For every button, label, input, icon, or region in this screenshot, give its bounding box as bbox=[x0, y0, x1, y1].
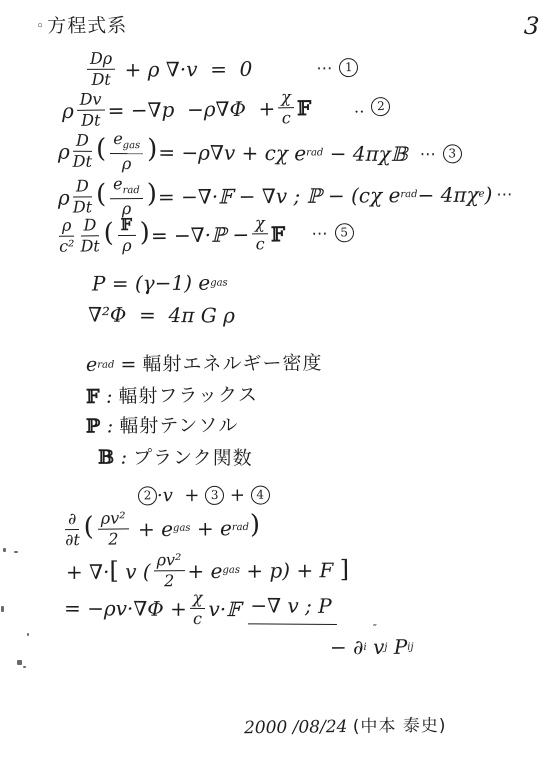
poisson-equation: ∇²Φ = 4π G ρ bbox=[88, 303, 235, 326]
partial-dt-fraction: ∂ ∂t bbox=[65, 511, 80, 548]
open-paren: ( bbox=[103, 219, 114, 248]
equation-4: ρ D Dt ( erad ρ ) = −∇·𝔽 − ∇v ; ℙ − (cχ … bbox=[58, 173, 515, 217]
eq3-body: = −ρ∇v + cχ e bbox=[158, 141, 306, 164]
eq1-number-badge: 1 bbox=[339, 58, 358, 77]
date-text: 2000 /08/24 bbox=[244, 718, 353, 738]
author-name: (中本 泰史) bbox=[353, 717, 447, 737]
equation-of-state: P = (γ−1) egas bbox=[92, 272, 228, 295]
date-signature: 2000 /08/24 (中本 泰史) bbox=[244, 717, 447, 738]
page-number: 3 bbox=[523, 12, 540, 41]
eq4-dots: ⋯ bbox=[496, 185, 514, 203]
material-derivative-fraction: Dρ Dt bbox=[87, 51, 115, 88]
derivation-line-1: ∂ ∂t ( ρv² 2 + egas + erad ) bbox=[62, 509, 262, 548]
eos-sub-gas: gas bbox=[210, 277, 228, 288]
derivation-line-4: − ∂i vj Pij bbox=[330, 636, 414, 659]
ref-eq3-badge: 3 bbox=[205, 486, 224, 505]
eq1-body: + ρ ∇·v = 0 bbox=[118, 57, 252, 80]
ref-eq2-badge: 2 bbox=[138, 487, 157, 506]
open-paren: ( bbox=[96, 135, 106, 164]
eq2-number-badge: 2 bbox=[371, 97, 390, 116]
flux-symbol: 𝔽 bbox=[271, 223, 286, 245]
title-bullet-icon: ◦ bbox=[36, 19, 44, 34]
close-paren: ) bbox=[147, 135, 157, 164]
definition-flux: 𝔽 : 輻射フラックス bbox=[86, 385, 258, 408]
kinetic-energy-fraction: ρv² 2 bbox=[154, 552, 185, 589]
scan-artifact bbox=[3, 548, 6, 552]
equation-1: Dρ Dt + ρ ∇·v = 0 ⋯ 1 bbox=[84, 49, 359, 88]
derivation-line-3: = −ρv·∇Φ + χ c v·𝔽 −∇ v ; P bbox=[64, 589, 337, 628]
definition-planck-text: プランク関数 bbox=[133, 448, 253, 470]
definition-tensor-text: 輻射テンソル bbox=[119, 415, 238, 437]
close-paren: ) bbox=[147, 180, 157, 209]
kinetic-energy-fraction: ρv² 2 bbox=[98, 510, 129, 547]
definition-erad: erad = 輻射エネルギー密度 bbox=[86, 353, 323, 376]
equation-3: ρ D Dt ( egas ρ ) = −ρ∇v + cχ erad − 4πχ… bbox=[58, 131, 462, 175]
scan-artifact bbox=[23, 666, 26, 668]
eq2-body: = −∇p −ρ∇Φ + bbox=[108, 97, 276, 121]
eq3-lead: ρ bbox=[58, 140, 70, 162]
chi-over-c-fraction: χ c bbox=[252, 215, 268, 252]
eq5-number-badge: 5 bbox=[334, 223, 353, 242]
equation-2: ρ Dv Dt = −∇p −ρ∇Φ + χ c 𝔽 ‥ 2 bbox=[62, 88, 391, 129]
d-dt-fraction: D Dt bbox=[80, 217, 100, 254]
ref-eq4-badge: 4 bbox=[251, 486, 270, 505]
scan-artifact bbox=[17, 660, 22, 665]
flux-symbol: 𝔽 bbox=[297, 96, 312, 118]
eq2-lead: ρ bbox=[62, 99, 74, 121]
erad-over-rho-fraction: erad ρ bbox=[110, 176, 143, 217]
eq4-body2: − 4πχ bbox=[417, 183, 478, 205]
eq4-body: = −∇·𝔽 − ∇v ; ℙ − (cχ e bbox=[158, 184, 401, 208]
close-paren: ) bbox=[250, 511, 261, 540]
close-bracket: ] bbox=[340, 556, 350, 582]
d-dt-fraction: D Dt bbox=[73, 178, 93, 215]
open-bracket: [ bbox=[109, 558, 119, 584]
underlined-term: −∇ v ; P bbox=[248, 594, 337, 625]
open-paren: ( bbox=[84, 513, 95, 542]
derivation-line-2: + ∇· [ v ( ρv² 2 + egas + p) + F ] bbox=[66, 551, 349, 590]
chi-over-c-fraction: χ c bbox=[190, 590, 206, 627]
eq3-body2: − 4πχ𝔹 bbox=[323, 142, 408, 165]
page-title: ◦ 方程式系 bbox=[36, 16, 127, 38]
definition-flux-text: 輻射フラックス bbox=[118, 385, 258, 408]
eq4-close2: ) bbox=[484, 183, 492, 205]
equation-5: ρ c² D Dt ( 𝔽 ρ ) = −∇·ℙ − χ c 𝔽 ⋯ 5 bbox=[56, 214, 354, 255]
scanned-note-page: 3 ◦ 方程式系 Dρ Dt + ρ ∇·v = 0 ⋯ 1 ρ Dv Dt =… bbox=[0, 0, 558, 768]
combination-note: 2 ·v + 3 + 4 bbox=[138, 486, 270, 507]
title-text: 方程式系 bbox=[47, 16, 127, 37]
eq5-dots: ⋯ bbox=[311, 224, 329, 242]
open-paren: ( bbox=[96, 180, 106, 209]
egas-over-rho-fraction: egas ρ bbox=[110, 131, 143, 172]
eq3-sub-rad: rad bbox=[306, 147, 323, 158]
eq3-number-badge: 3 bbox=[443, 144, 462, 163]
eq3-dots: ⋯ bbox=[420, 145, 438, 163]
eq1-dots: ⋯ bbox=[316, 59, 334, 77]
ditto-mark: ″ bbox=[371, 622, 378, 636]
d-dt-fraction: D Dt bbox=[73, 133, 93, 170]
chi-over-c-fraction: χ c bbox=[278, 89, 294, 126]
close-paren: ) bbox=[139, 219, 150, 248]
eq2-dots: ‥ bbox=[354, 98, 367, 116]
scan-artifact bbox=[27, 633, 29, 636]
eq4-lead: ρ bbox=[58, 186, 70, 208]
definition-planck: 𝔹 : プランク関数 bbox=[98, 447, 253, 469]
flux-over-rho-fraction: 𝔽 ρ bbox=[118, 217, 136, 254]
scan-artifact bbox=[1, 606, 4, 612]
momentum-derivative-fraction: Dv Dt bbox=[77, 91, 105, 128]
rho-over-c2-fraction: ρ c² bbox=[59, 218, 75, 255]
definition-tensor: ℙ : 輻射テンソル bbox=[86, 415, 238, 437]
definition-erad-text: 輻射エネルギー密度 bbox=[142, 353, 322, 375]
scan-artifact bbox=[14, 551, 18, 553]
eq4-sub-rad: rad bbox=[400, 189, 417, 200]
eq5-body: = −∇·ℙ − bbox=[151, 223, 250, 246]
